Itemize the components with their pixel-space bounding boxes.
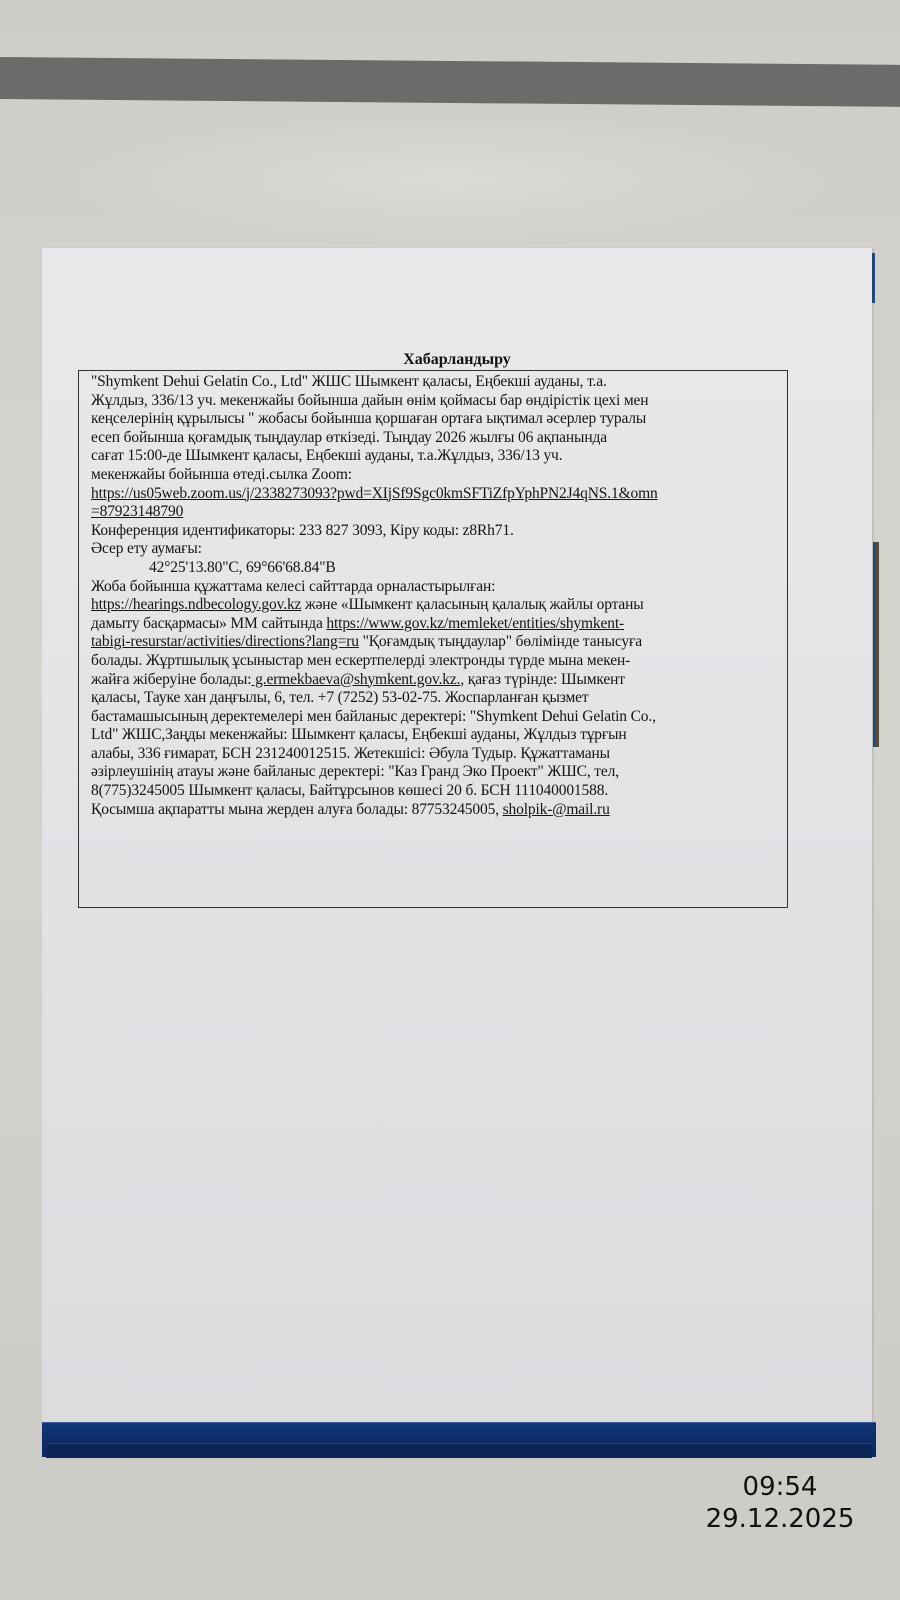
- email-link[interactable]: g.ermekbaeva@shymkent.gov.kz.: [251, 671, 460, 688]
- zoom-link-continued[interactable]: =87923148790: [91, 503, 183, 520]
- notice-line: "Shymkent Dehui Gelatin Co., Ltd" ЖШС Шы…: [91, 373, 781, 392]
- notice-line: 8(775)3245005 Шымкент қаласы, Байтұрсыно…: [91, 782, 781, 801]
- notice-line: бастамашысының деректемелері мен байланы…: [91, 708, 781, 727]
- wall-stripe: [0, 57, 900, 107]
- gov-after-text: "Қоғамдық тыңдаулар" бөлімінде танысуға: [359, 633, 642, 650]
- impact-area-label: Әсер ету аумағы:: [91, 540, 781, 559]
- notice-line: кеңселерінің құрылысы " жобасы бойынша қ…: [91, 410, 781, 429]
- notice-line: есеп бойынша қоғамдық тыңдаулар өткізеді…: [91, 429, 781, 448]
- contact-email-link[interactable]: sholpik-@mail.ru: [503, 801, 610, 818]
- timestamp-date: 29.12.2025: [700, 1502, 860, 1536]
- conference-id-line: Конференция идентификаторы: 233 827 3093…: [91, 522, 781, 541]
- notice-line: Жұлдыз, 336/13 уч. мекенжайы бойынша дай…: [91, 392, 781, 411]
- gov-link-continued[interactable]: tabigi-resurstar/activities/directions?l…: [91, 633, 359, 650]
- photo-timestamp: 09:54 29.12.2025: [700, 1472, 860, 1536]
- proposals-after-email: , қағаз түрінде: Шымкент: [460, 671, 625, 688]
- notice-line: Ltd" ЖШС,Заңды мекенжайы: Шымкент қаласы…: [91, 726, 781, 745]
- docs-line: Жоба бойынша құжаттама келесі сайттарда …: [91, 578, 781, 597]
- folder-clip-middle: [873, 542, 879, 747]
- zoom-link[interactable]: https://us05web.zoom.us/j/2338273093?pwd…: [91, 485, 781, 504]
- notice-line: қаласы, Тауке хан даңғылы, 6, тел. +7 (7…: [91, 689, 781, 708]
- proposals-email-label: жайға жіберуіне болады:: [91, 671, 251, 688]
- notice-line: әзірлеушінің атауы және байланыс деректе…: [91, 763, 781, 782]
- notice-paper: Хабарландыру "Shymkent Dehui Gelatin Co.…: [42, 248, 872, 1423]
- wall-patch: [60, 110, 840, 250]
- notice-line: сағат 15:00-де Шымкент қаласы, Еңбекші а…: [91, 447, 781, 466]
- notice-line: алабы, 336 ғимарат, БСН 231240012515. Же…: [91, 745, 781, 764]
- gov-link[interactable]: https://www.gov.kz/memleket/entities/shy…: [326, 615, 624, 632]
- notice-line: мекенжайы бойынша өтеді.сылка Zoom:: [91, 466, 781, 485]
- proposals-line: болады. Жұртшылық ұсыныстар мен ескертпе…: [91, 652, 781, 671]
- dept-text: дамыту басқармасы» ММ сайтында: [91, 615, 326, 632]
- contact-text: Қосымша ақпаратты мына жерден алуға бола…: [91, 801, 503, 818]
- hearings-link[interactable]: https://hearings.ndbecology.gov.kz: [91, 596, 301, 613]
- notice-title: Хабарландыру: [42, 351, 872, 369]
- blue-folder-edge: [42, 1422, 876, 1457]
- notice-body: "Shymkent Dehui Gelatin Co., Ltd" ЖШС Шы…: [78, 370, 788, 908]
- timestamp-time: 09:54: [700, 1472, 860, 1502]
- folder-lip: [46, 1443, 872, 1458]
- hearings-after-text: және «Шымкент қаласының қалалық жайлы ор…: [301, 596, 643, 613]
- coordinates: 42°25'13.80"С, 69°66'68.84"В: [91, 559, 781, 578]
